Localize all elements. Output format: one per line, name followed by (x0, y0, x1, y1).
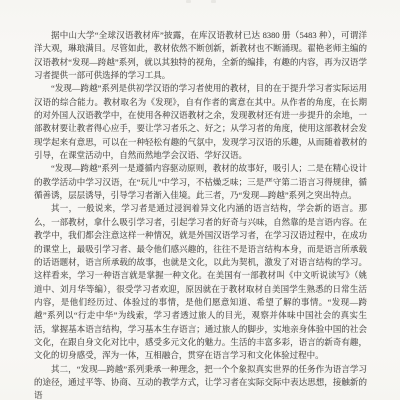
document-page: 据中山大学“全球汉语教材库”披露，在库汉语教材已达 8380 册（5483 种）… (0, 0, 400, 400)
paragraph-three-features: “发现—跨越”系列一是遵循内容驱动原则，教材的故事好，吸引人；二是在精心设计的教… (34, 162, 367, 202)
paragraph-series-purpose: “发现—跨越”系列是供初学汉语的学习者使用的教材，目的在于提升学习者实际运用汉语… (34, 82, 367, 162)
paragraph-feature-two: 其二，“发现—跨越”系列秉承一种理念，把一个个象拟真实世界的任务作为语言学习的途… (34, 363, 367, 400)
page-header-remnant (186, 0, 216, 4)
document-text: 据中山大学“全球汉语教材库”披露，在库汉语教材已达 8380 册（5483 种）… (34, 29, 367, 400)
paragraph-feature-one: 其一，一般说来，学习者是通过浸润着异文化内涵的语言结构，学会新的语言。那么，一部… (34, 202, 367, 362)
paragraph-intro: 据中山大学“全球汉语教材库”披露，在库汉语教材已达 8380 册（5483 种）… (34, 29, 367, 82)
